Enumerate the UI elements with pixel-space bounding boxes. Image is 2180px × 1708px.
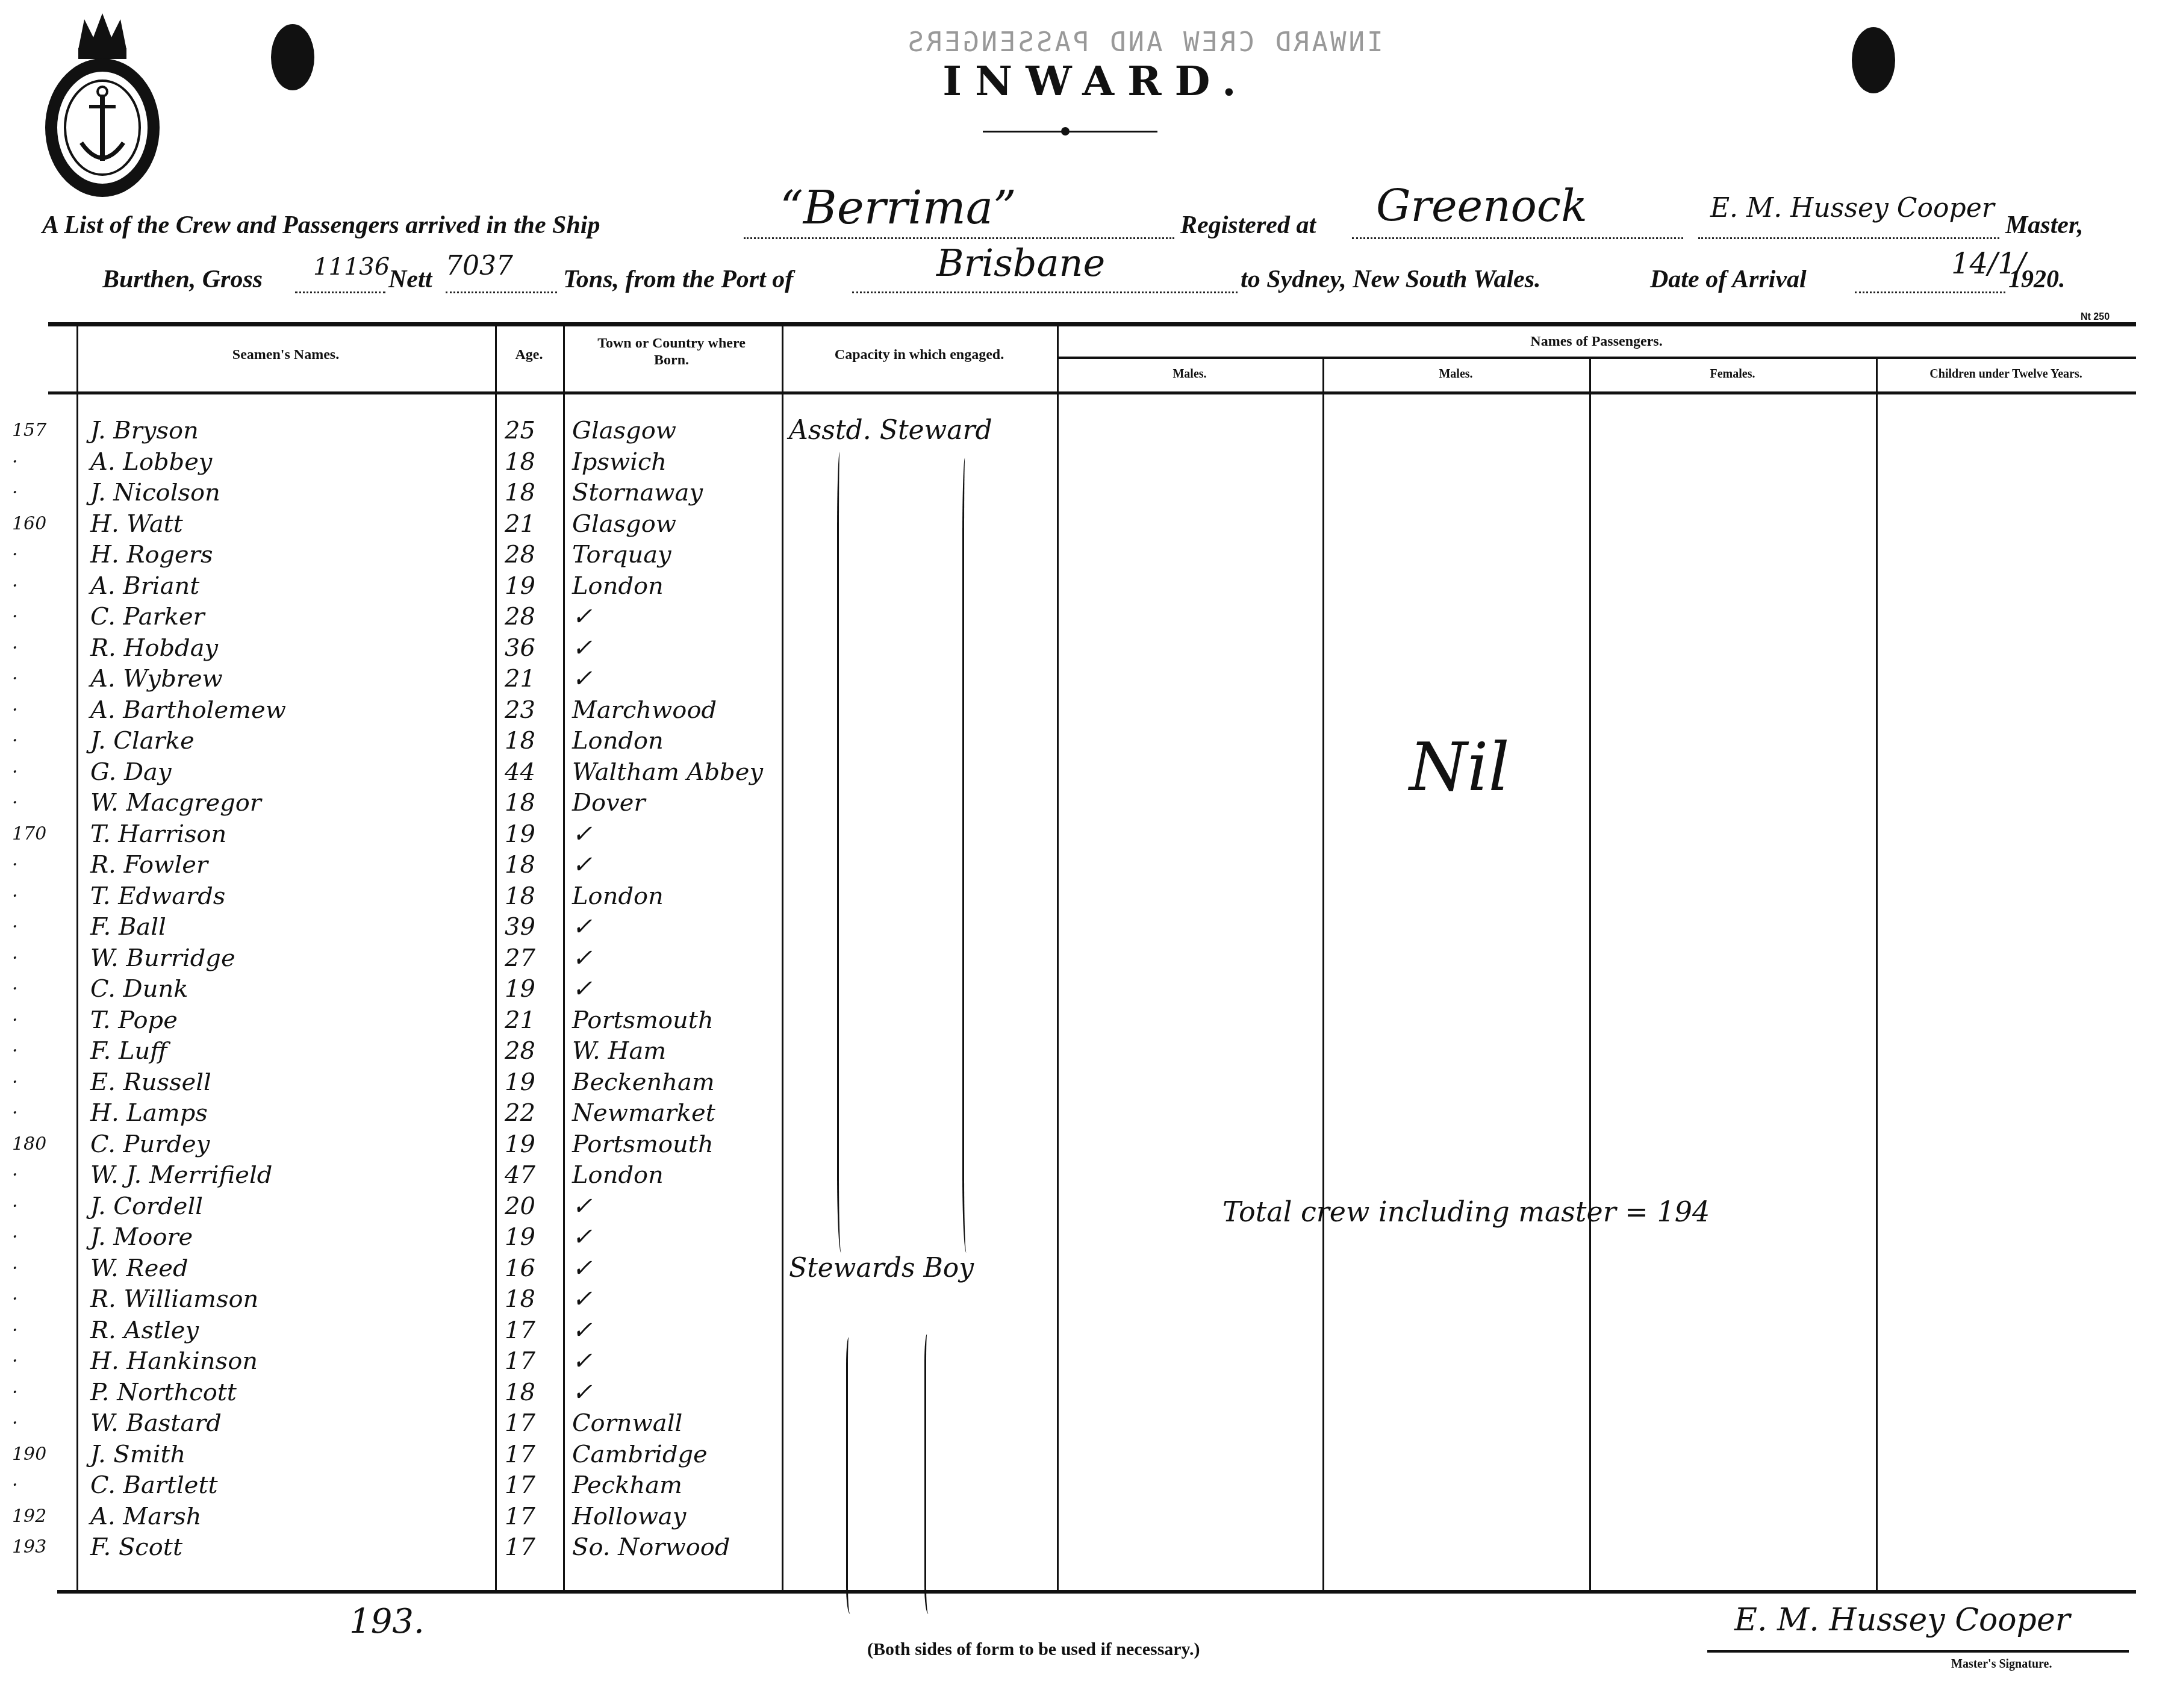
table-top-rule: [48, 322, 2136, 326]
gross-tons-field: 11136: [295, 259, 385, 293]
seaman-capacity: Asstd. Steward: [789, 416, 992, 446]
form-number: Nt 250: [2081, 312, 2110, 323]
seaman-age: 17: [505, 1315, 535, 1345]
seaman-name: C. Bartlett: [90, 1470, 218, 1500]
crew-row: 157J. Bryson25GlasgowAsstd. Steward: [0, 416, 1060, 446]
seaman-age: 17: [505, 1346, 535, 1376]
crew-row: 160H. Watt21Glasgow: [0, 509, 1060, 540]
seaman-birthplace: ✓: [572, 1191, 593, 1221]
seaman-age: 25: [505, 416, 535, 446]
row-number: ·: [12, 974, 18, 1004]
seaman-name: F. Scott: [90, 1532, 182, 1562]
col-header-passengers: Names of Passengers.: [1057, 333, 2136, 350]
seaman-birthplace: Peckham: [572, 1470, 682, 1500]
crew-row: ·R. Astley17✓: [0, 1315, 1060, 1346]
ditto-line-steward-left: [837, 452, 844, 1253]
seaman-name: H. Hankinson: [90, 1346, 258, 1376]
seaman-birthplace: ✓: [572, 1315, 593, 1345]
seaman-name: R. Fowler: [90, 850, 208, 880]
row-number: ·: [12, 447, 18, 477]
seaman-age: 19: [505, 1222, 535, 1252]
crew-row: ·R. Hobday36✓: [0, 633, 1060, 664]
seaman-birthplace: Glasgow: [572, 416, 676, 446]
seaman-name: T. Pope: [90, 1005, 178, 1035]
seaman-birthplace: London: [572, 1160, 664, 1190]
seaman-name: C. Dunk: [90, 974, 188, 1004]
row-number: ·: [12, 850, 18, 880]
row-number: 193: [12, 1532, 46, 1562]
passenger-subheader-rule: [1057, 357, 2136, 359]
seaman-age: 28: [505, 1036, 535, 1066]
row-number: ·: [12, 1253, 18, 1283]
seaman-birthplace: ✓: [572, 943, 593, 973]
port-of-value: Brisbane: [936, 241, 1105, 285]
seaman-age: 17: [505, 1532, 535, 1562]
seaman-capacity: Stewards Boy: [789, 1253, 974, 1283]
signature-line: [1707, 1650, 2129, 1653]
seaman-name: R. Hobday: [90, 633, 218, 663]
seaman-name: H. Rogers: [90, 540, 213, 570]
registered-at-label: Registered at: [1180, 211, 1316, 240]
crew-row: 190J. Smith17Cambridge: [0, 1439, 1060, 1470]
row-number: 170: [12, 819, 46, 849]
ship-name-value: “Berrima”: [780, 181, 1017, 234]
seaman-age: 18: [505, 788, 535, 818]
nett-tons-value: 7037: [446, 251, 513, 281]
seaman-name: W. J. Merrifield: [90, 1160, 272, 1190]
crew-row: ·J. Moore19✓: [0, 1222, 1060, 1253]
crew-row: ·T. Edwards18London: [0, 881, 1060, 912]
seaman-birthplace: Stornaway: [572, 478, 703, 508]
seaman-age: 39: [505, 912, 535, 942]
row-number: ·: [12, 1222, 18, 1252]
seaman-name: R. Williamson: [90, 1284, 258, 1314]
seaman-name: J. Moore: [90, 1222, 193, 1252]
crew-row: 193F. Scott17So. Norwood: [0, 1532, 1060, 1563]
crew-row: ·W. Burridge27✓: [0, 943, 1060, 974]
seaman-birthplace: ✓: [572, 974, 593, 1004]
seaman-age: 19: [505, 1067, 535, 1097]
row-number: ·: [12, 912, 18, 942]
gross-tons-value: 11136: [313, 253, 390, 281]
date-of-arrival-label: Date of Arrival: [1650, 265, 1807, 294]
seaman-birthplace: ✓: [572, 819, 593, 849]
nett-tons-field: 7037: [446, 259, 557, 293]
seaman-age: 18: [505, 1377, 535, 1407]
seaman-age: 19: [505, 974, 535, 1004]
seaman-birthplace: London: [572, 881, 664, 911]
registered-at-field: Greenock: [1352, 199, 1683, 239]
master-name-value: E. M. Hussey Cooper: [1710, 193, 1995, 223]
row-number: ·: [12, 1470, 18, 1500]
seaman-age: 28: [505, 540, 535, 570]
seaman-birthplace: Waltham Abbey: [572, 757, 763, 787]
seaman-birthplace: ✓: [572, 664, 593, 694]
punch-hole-right: [1852, 27, 1895, 93]
row-number: 190: [12, 1439, 46, 1470]
nett-label: Nett: [388, 265, 432, 294]
passengers-nil-note: Nil: [1409, 729, 1510, 806]
col-header-age: Age.: [495, 346, 563, 363]
row-number: ·: [12, 1346, 18, 1376]
seaman-name: W. Macgregor: [90, 788, 261, 818]
col-line-females: [1876, 358, 1878, 1590]
row-number: ·: [12, 1191, 18, 1221]
destination-label: to Sydney, New South Wales.: [1241, 265, 1541, 294]
crew-row: ·A. Wybrew21✓: [0, 664, 1060, 694]
row-number: ·: [12, 571, 18, 601]
seaman-birthplace: Ipswich: [572, 447, 667, 477]
seaman-birthplace: ✓: [572, 1253, 593, 1283]
crew-row: ·R. Williamson18✓: [0, 1284, 1060, 1315]
col-line-males2: [1589, 358, 1591, 1590]
seaman-name: J. Nicolson: [90, 478, 220, 508]
crew-row: ·A. Lobbey18Ipswich: [0, 447, 1060, 478]
seaman-name: J. Smith: [90, 1439, 185, 1470]
seaman-name: C. Parker: [90, 602, 205, 632]
row-number: ·: [12, 478, 18, 508]
row-number: ·: [12, 540, 18, 570]
header-bottom-rule: [48, 391, 2136, 394]
row-number: 157: [12, 416, 46, 446]
seaman-age: 27: [505, 943, 535, 973]
row-number: 160: [12, 509, 46, 539]
seaman-age: 18: [505, 726, 535, 756]
crew-row: 180C. Purdey19Portsmouth: [0, 1129, 1060, 1160]
seaman-age: 22: [505, 1098, 535, 1128]
seaman-age: 19: [505, 1129, 535, 1159]
seaman-age: 23: [505, 695, 535, 725]
seaman-age: 18: [505, 1284, 535, 1314]
master-name-field: E. M. Hussey Cooper: [1698, 199, 1999, 239]
row-number: ·: [12, 1377, 18, 1407]
crew-row: ·H. Lamps22Newmarket: [0, 1098, 1060, 1129]
seaman-birthplace: Portsmouth: [572, 1129, 714, 1159]
seaman-age: 21: [505, 664, 535, 694]
crew-row: ·W. Reed16✓Stewards Boy: [0, 1253, 1060, 1284]
registered-at-value: Greenock: [1376, 181, 1587, 231]
seaman-birthplace: Glasgow: [572, 509, 676, 539]
punch-hole-left: [271, 24, 314, 90]
crew-row: ·P. Northcott18✓: [0, 1377, 1060, 1408]
crew-row: 170T. Harrison19✓: [0, 819, 1060, 850]
crew-row: 192A. Marsh17Holloway: [0, 1501, 1060, 1532]
seaman-birthplace: ✓: [572, 1377, 593, 1407]
col-header-females: Females.: [1589, 366, 1876, 382]
seaman-name: E. Russell: [90, 1067, 211, 1097]
seaman-age: 28: [505, 602, 535, 632]
row-number: ·: [12, 1160, 18, 1190]
seaman-name: G. Day: [90, 757, 171, 787]
row-number: ·: [12, 1036, 18, 1066]
crew-row: ·W. J. Merrifield47London: [0, 1160, 1060, 1191]
row-number: ·: [12, 664, 18, 694]
seaman-birthplace: Beckenham: [572, 1067, 715, 1097]
seaman-age: 21: [505, 1005, 535, 1035]
crew-row: ·F. Luff28W. Ham: [0, 1036, 1060, 1067]
document-title: INWARD.: [855, 57, 1337, 105]
seaman-birthplace: ✓: [572, 912, 593, 942]
seaman-name: A. Briant: [90, 571, 199, 601]
crew-row: ·C. Bartlett17Peckham: [0, 1470, 1060, 1501]
row-number: 180: [12, 1129, 46, 1159]
row-number: 192: [12, 1501, 46, 1532]
form-instruction: (Both sides of form to be used if necess…: [867, 1639, 1200, 1660]
header-list-label: A List of the Crew and Passengers arrive…: [42, 211, 600, 240]
crew-row: ·H. Rogers28Torquay: [0, 540, 1060, 570]
col-header-males-2: Males.: [1322, 366, 1589, 382]
seaman-name: W. Bastard: [90, 1408, 222, 1438]
seaman-age: 18: [505, 447, 535, 477]
seaman-birthplace: Marchwood: [572, 695, 717, 725]
seaman-age: 19: [505, 819, 535, 849]
seaman-name: H. Lamps: [90, 1098, 208, 1128]
crew-row: ·J. Nicolson18Stornaway: [0, 478, 1060, 508]
seaman-age: 17: [505, 1501, 535, 1532]
seaman-name: J. Cordell: [90, 1191, 203, 1221]
seaman-name: T. Edwards: [90, 881, 225, 911]
row-number: ·: [12, 881, 18, 911]
crew-row: ·C. Parker28✓: [0, 602, 1060, 632]
master-signature: E. M. Hussey Cooper: [1734, 1602, 2070, 1638]
mirrored-bleed-through-text: INWARD CREW AND PASSENGERS: [843, 27, 1445, 58]
ditto-line-boy-right: [924, 1334, 931, 1614]
seaman-birthplace: So. Norwood: [572, 1532, 730, 1562]
seaman-age: 16: [505, 1253, 535, 1283]
seaman-birthplace: ✓: [572, 1346, 593, 1376]
seaman-birthplace: London: [572, 571, 664, 601]
seaman-birthplace: Portsmouth: [572, 1005, 714, 1035]
title-ornament-divider: [983, 129, 1157, 133]
seaman-name: C. Purdey: [90, 1129, 210, 1159]
crew-row: ·T. Pope21Portsmouth: [0, 1005, 1060, 1036]
row-number: ·: [12, 943, 18, 973]
seaman-age: 18: [505, 478, 535, 508]
row-number: ·: [12, 1284, 18, 1314]
seaman-name: P. Northcott: [90, 1377, 237, 1407]
seaman-birthplace: Holloway: [572, 1501, 686, 1532]
row-number: ·: [12, 1315, 18, 1345]
seaman-name: F. Luff: [90, 1036, 167, 1066]
row-number: ·: [12, 695, 18, 725]
row-number: ·: [12, 1005, 18, 1035]
seaman-age: 20: [505, 1191, 535, 1221]
seaman-birthplace: ✓: [572, 1222, 593, 1252]
seaman-name: J. Bryson: [90, 416, 199, 446]
crew-row: ·J. Clarke18London: [0, 726, 1060, 756]
row-number: ·: [12, 1067, 18, 1097]
ditto-line-boy-left: [846, 1337, 853, 1614]
col-header-males-1: Males.: [1057, 366, 1322, 382]
crew-row: ·W. Bastard17Cornwall: [0, 1408, 1060, 1439]
col-header-names: Seamen's Names.: [76, 346, 495, 363]
seaman-birthplace: London: [572, 726, 664, 756]
col-header-capacity: Capacity in which engaged.: [782, 346, 1057, 363]
row-number: ·: [12, 602, 18, 632]
page-tally: 193.: [349, 1602, 425, 1641]
seaman-age: 44: [505, 757, 535, 787]
crown-anchor-seal-icon: [42, 7, 163, 200]
row-number: ·: [12, 1408, 18, 1438]
row-number: ·: [12, 726, 18, 756]
seaman-name: H. Watt: [90, 509, 183, 539]
seaman-birthplace: Torquay: [572, 540, 671, 570]
seaman-name: J. Clarke: [90, 726, 195, 756]
seaman-age: 17: [505, 1439, 535, 1470]
total-crew-note: Total crew including master = 194: [1222, 1195, 1710, 1228]
ship-name-field: “Berrima”: [744, 199, 1174, 239]
ditto-line-steward-right: [962, 458, 969, 1253]
row-number: ·: [12, 757, 18, 787]
seaman-name: A. Bartholemew: [90, 695, 286, 725]
seaman-age: 47: [505, 1160, 535, 1190]
row-number: ·: [12, 788, 18, 818]
seaman-name: R. Astley: [90, 1315, 199, 1345]
shipping-master-seal: [42, 7, 163, 200]
seaman-birthplace: Cornwall: [572, 1408, 682, 1438]
seaman-birthplace: ✓: [572, 1284, 593, 1314]
seaman-name: T. Harrison: [90, 819, 226, 849]
seaman-birthplace: ✓: [572, 850, 593, 880]
seaman-age: 21: [505, 509, 535, 539]
seaman-birthplace: W. Ham: [572, 1036, 666, 1066]
col-header-town: Town or Country where Born.: [581, 335, 762, 369]
crew-row: ·A. Briant19London: [0, 571, 1060, 602]
seaman-name: W. Burridge: [90, 943, 235, 973]
col-line-males1: [1322, 358, 1324, 1590]
seaman-name: A. Wybrew: [90, 664, 223, 694]
crew-row: ·A. Bartholemew23Marchwood: [0, 695, 1060, 726]
crew-row: ·J. Cordell20✓: [0, 1191, 1060, 1222]
date-of-arrival-field: 14/1/: [1855, 259, 2005, 293]
seaman-name: F. Ball: [90, 912, 166, 942]
seaman-age: 17: [505, 1470, 535, 1500]
seaman-birthplace: ✓: [572, 602, 593, 632]
crew-row: ·E. Russell19Beckenham: [0, 1067, 1060, 1098]
seaman-birthplace: Newmarket: [572, 1098, 715, 1128]
seaman-birthplace: Dover: [572, 788, 646, 818]
seaman-name: A. Marsh: [90, 1501, 202, 1532]
burthen-gross-label: Burthen, Gross: [102, 265, 263, 294]
crew-row: ·F. Ball39✓: [0, 912, 1060, 943]
seaman-birthplace: Cambridge: [572, 1439, 708, 1470]
col-header-children: Children under Twelve Years.: [1876, 366, 2136, 382]
signature-label: Master's Signature.: [1951, 1657, 2052, 1671]
crew-row: ·R. Fowler18✓: [0, 850, 1060, 880]
seaman-age: 17: [505, 1408, 535, 1438]
seaman-age: 36: [505, 633, 535, 663]
row-number: ·: [12, 633, 18, 663]
seaman-name: A. Lobbey: [90, 447, 212, 477]
seaman-name: W. Reed: [90, 1253, 188, 1283]
crew-row: ·G. Day44Waltham Abbey: [0, 757, 1060, 788]
port-of-field: Brisbane: [852, 259, 1238, 293]
seaman-age: 18: [505, 850, 535, 880]
arrival-year: 1920.: [2008, 265, 2066, 294]
crew-row: ·H. Hankinson17✓: [0, 1346, 1060, 1377]
seaman-age: 18: [505, 881, 535, 911]
seaman-birthplace: ✓: [572, 633, 593, 663]
tons-from-port-label: Tons, from the Port of: [563, 265, 793, 294]
row-number: ·: [12, 1098, 18, 1128]
crew-row: ·W. Macgregor18Dover: [0, 788, 1060, 818]
seaman-age: 19: [505, 571, 535, 601]
table-bottom-rule: [57, 1590, 2136, 1594]
crew-row: ·C. Dunk19✓: [0, 974, 1060, 1005]
master-label: Master,: [2005, 211, 2084, 240]
